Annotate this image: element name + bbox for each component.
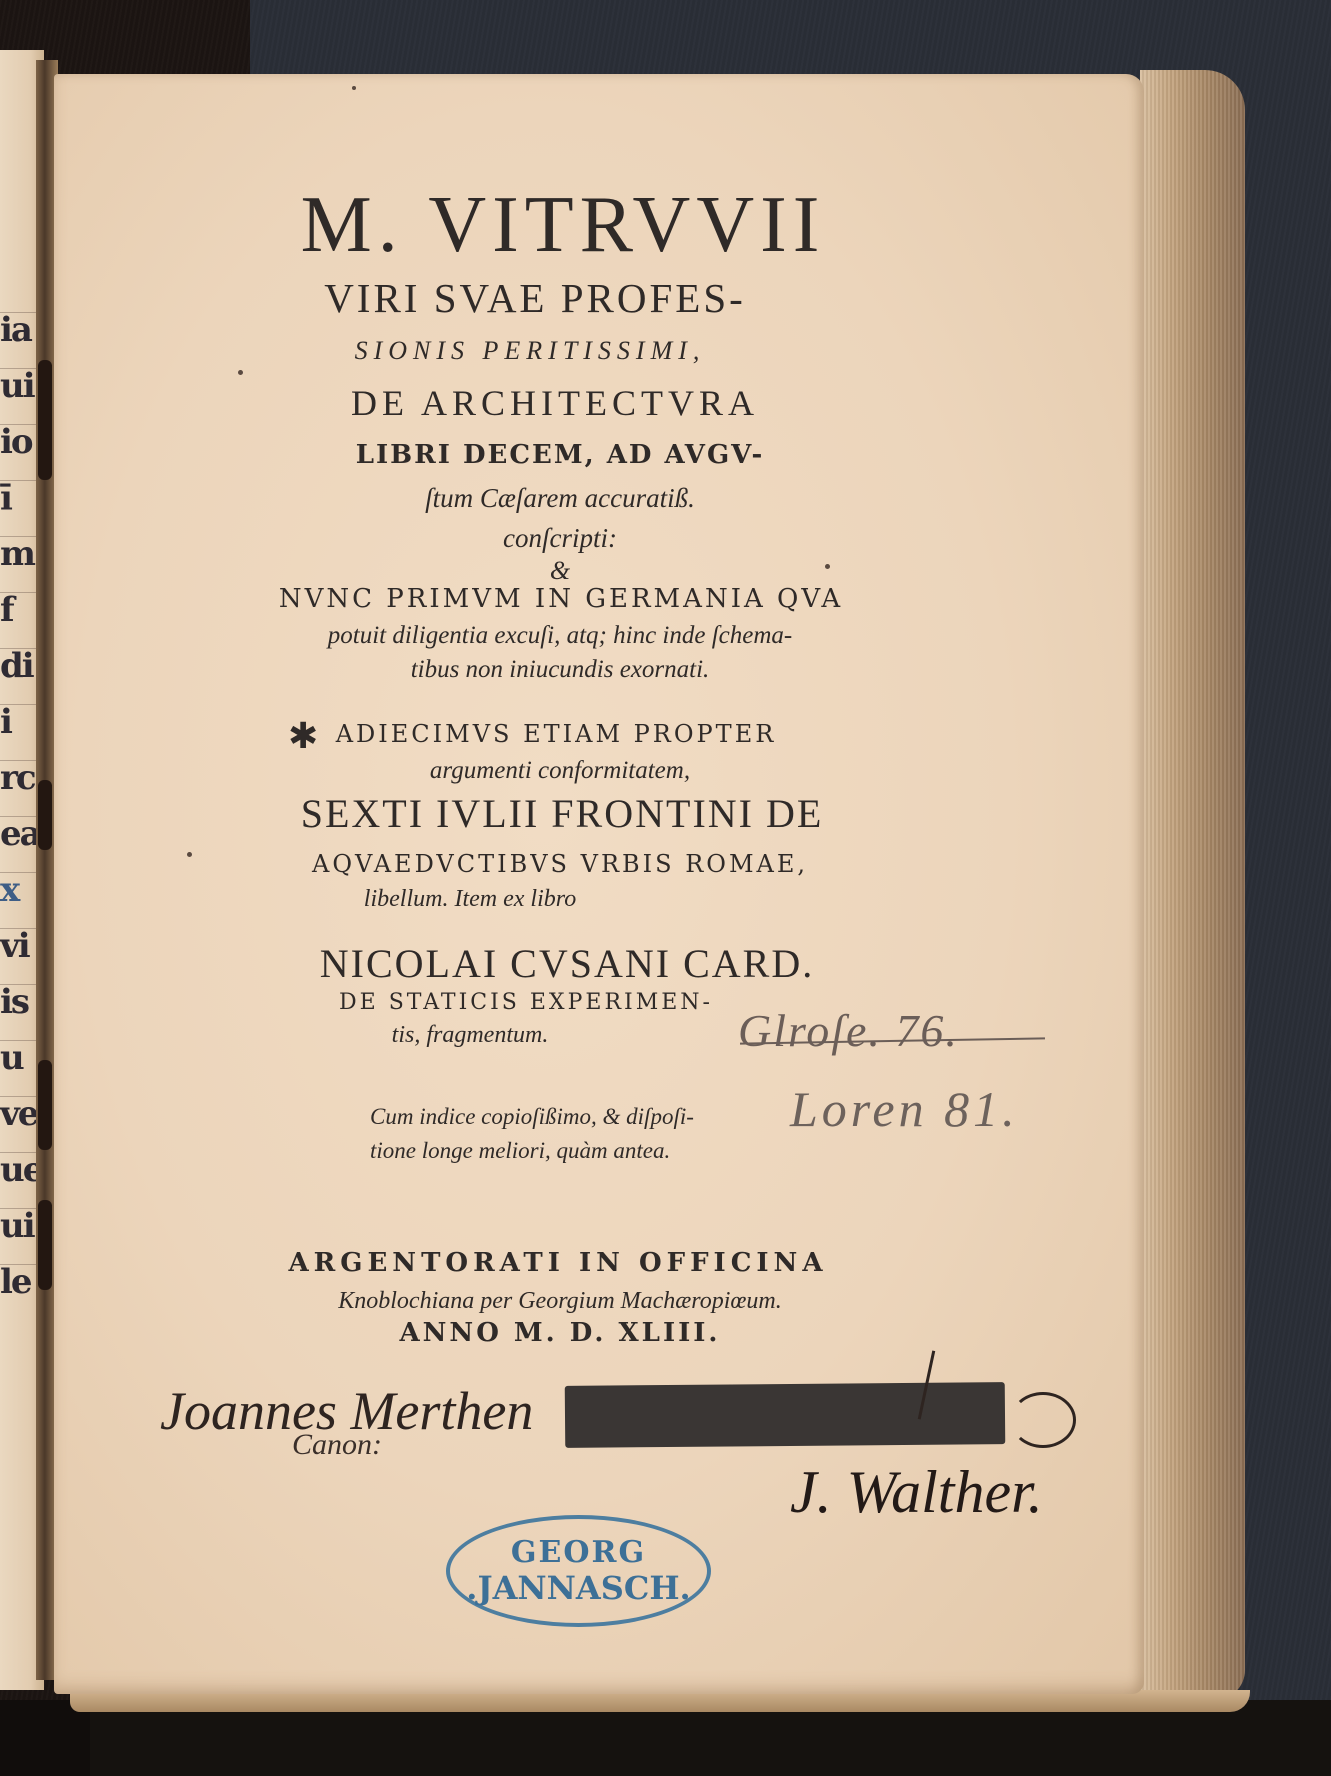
- title-line-conscripti: conſcripti:: [260, 523, 860, 554]
- ink-speck: [238, 370, 243, 375]
- blackletter-fragment: di: [0, 648, 40, 683]
- gutter-shadow: [38, 780, 52, 850]
- title-line-staticis: DE STATICIS EXPERIMEN-: [286, 990, 766, 1015]
- title-line-libellum: libellum. Item ex libro: [260, 886, 680, 913]
- blackletter-fragment: le: [0, 1264, 40, 1299]
- title-line-aqvaeductibus: AQVAEDVCTIBVS VRBIS ROMAE,: [270, 850, 850, 878]
- pen-flourish: [1010, 1392, 1076, 1448]
- stamp-text-line2: .JANNASCH.: [466, 1572, 690, 1604]
- gutter-shadow: [38, 360, 52, 480]
- blackletter-fragment: ue: [0, 1152, 40, 1187]
- title-line-stum: ſtum Cæſarem accuratiß.: [260, 483, 860, 514]
- blackletter-fragment: is: [0, 984, 40, 1019]
- gutter-shadow: [38, 1200, 52, 1290]
- blackletter-fragment: i: [0, 704, 40, 739]
- stamp-text-line1: GEORG: [511, 1538, 646, 1568]
- imprint-year: ANNO M. D. XLIII.: [300, 1318, 820, 1348]
- title-line-cum-indice: Cum indice copioſißimo, & diſpoſi-: [370, 1104, 730, 1130]
- blackletter-fragment: f: [0, 592, 40, 627]
- shelfmark-annotation: Loren 81.: [790, 1080, 1019, 1138]
- redacted-inscription: [565, 1382, 1006, 1448]
- ink-speck: [825, 564, 830, 569]
- third-author-heading: NICOLAI CVSANI CARD.: [272, 940, 862, 987]
- blackletter-fragment: ī: [0, 480, 40, 515]
- page-fore-edge: [1140, 70, 1245, 1700]
- scanned-book-photo: ia ui io ī m f di i rc ea x vi is u ve u…: [0, 0, 1331, 1776]
- ampersand-ornament: &: [260, 556, 860, 586]
- title-line-fragmentum: tis, fragmentum.: [260, 1022, 680, 1049]
- title-line-tione: tione longe meliori, quàm antea.: [370, 1138, 730, 1164]
- ink-speck: [352, 86, 356, 90]
- ownership-stamp: GEORG .JANNASCH.: [446, 1515, 711, 1627]
- second-author-heading: SEXTI IVLII FRONTINI DE: [262, 790, 862, 837]
- title-line-potuit: potuit diligentia excuſi, atq; hinc inde…: [260, 622, 860, 650]
- title-line-libri: LIBRI DECEM, AD AVGV-: [280, 440, 840, 470]
- gutter-shadow: [38, 1060, 52, 1150]
- blackletter-fragment: m: [0, 536, 40, 571]
- imprint-place: ARGENTORATI IN OFFICINA: [268, 1248, 848, 1278]
- blackletter-fragment: u: [0, 1040, 40, 1075]
- struck-shelfmark: Glroſe. 76.: [738, 1004, 959, 1057]
- title-line-sionis: SIONIS PERITISSIMI,: [260, 336, 800, 366]
- title-line-nunc: NVNC PRIMVM IN GERMANIA QVA: [266, 584, 856, 614]
- author-heading: M. VITRVVII: [258, 180, 868, 271]
- blackletter-fragment: ui: [0, 1208, 40, 1243]
- blackletter-fragment: rc: [0, 760, 40, 795]
- blackletter-fragment: ea: [0, 816, 40, 851]
- blackletter-fragment: ve: [0, 1096, 40, 1131]
- blackletter-fragment: ui: [0, 368, 40, 403]
- work-title: DE ARCHITECTVRA: [265, 382, 845, 424]
- blackletter-fragment-blue: x: [0, 872, 40, 907]
- title-line-argumenti: argumenti conformitatem,: [260, 757, 860, 785]
- blackletter-fragment: ia: [0, 312, 40, 347]
- blackletter-fragment: vi: [0, 928, 40, 963]
- title-line-tibus: tibus non iniucundis exornati.: [260, 656, 860, 684]
- blackletter-fragment: io: [0, 424, 40, 459]
- imprint-printer: Knoblochiana per Georgium Machæropiœum.: [260, 1288, 860, 1315]
- title-line-viri: VIRI SVAE PROFES-: [250, 274, 820, 322]
- second-signature: J. Walther.: [790, 1458, 1043, 1527]
- ink-speck: [187, 852, 192, 857]
- title-line-adiecimus: ADIECIMVS ETIAM PROPTER: [286, 720, 826, 748]
- owner-title: Canon:: [292, 1428, 382, 1462]
